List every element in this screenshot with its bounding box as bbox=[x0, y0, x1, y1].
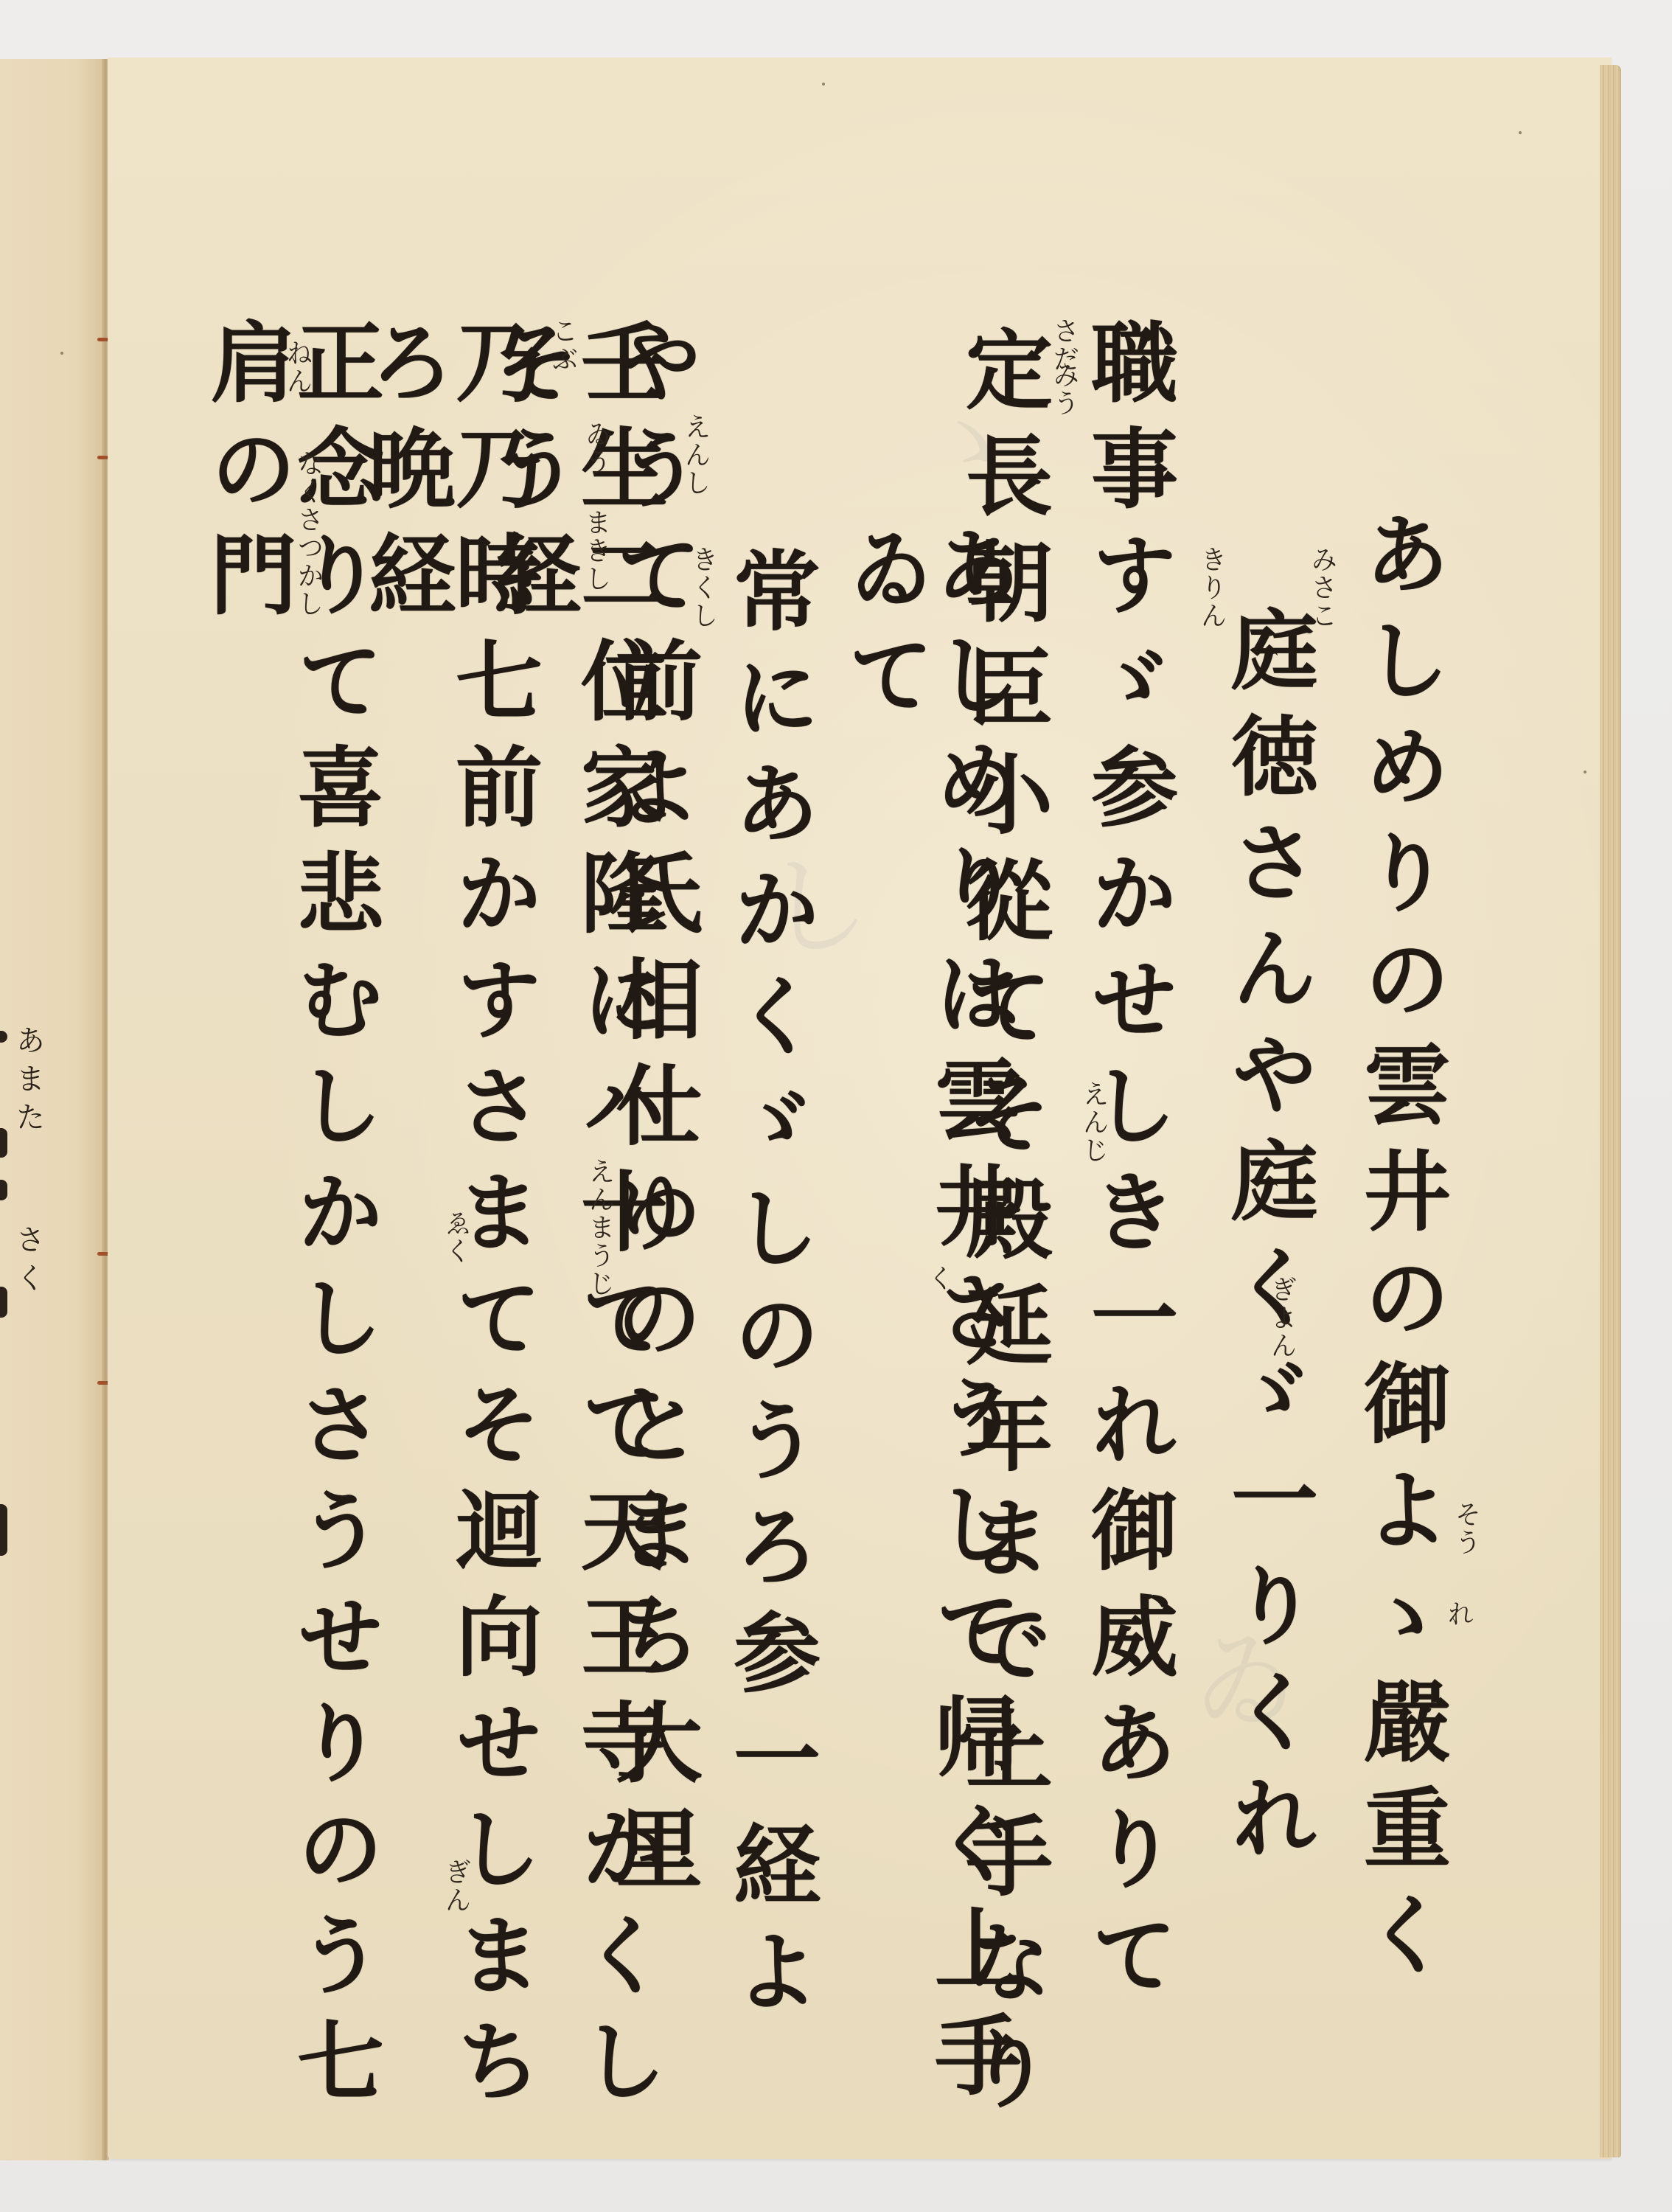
left-page-fragment: さく bbox=[13, 1224, 43, 1301]
left-page-fragment: あまた bbox=[13, 1025, 43, 1140]
left-page-ink-stroke bbox=[0, 1180, 7, 1200]
paper-speck bbox=[1584, 771, 1586, 773]
furigana: まきし bbox=[582, 509, 609, 593]
furigana: ぎよん bbox=[1268, 1276, 1295, 1360]
furigana: ゐう bbox=[582, 420, 609, 476]
furigana: ゑく bbox=[442, 1209, 469, 1265]
furigana: く bbox=[925, 1265, 952, 1293]
furigana: なくさつかし bbox=[295, 450, 321, 618]
furigana: きくし bbox=[689, 546, 716, 630]
left-page-ink-stroke bbox=[0, 1287, 7, 1318]
text-column-2: 庭徳さんや庭くゞ一りくれ bbox=[1224, 605, 1311, 1879]
furigana: みさこ bbox=[1309, 546, 1335, 630]
page-stack-edge bbox=[1600, 65, 1621, 2157]
paper-speck bbox=[822, 83, 825, 86]
furigana: れ bbox=[1445, 1600, 1471, 1628]
furigana: きりん bbox=[1198, 546, 1225, 630]
furigana: ぎん bbox=[442, 1858, 469, 1914]
furigana: ねん bbox=[284, 339, 310, 395]
paper-speck bbox=[60, 352, 63, 355]
furigana: みう bbox=[1051, 361, 1077, 417]
furigana: えんまうじ bbox=[586, 1158, 613, 1298]
furigana: えんじ bbox=[1080, 1080, 1107, 1164]
furigana: そう bbox=[1452, 1500, 1479, 1557]
paper-speck bbox=[1519, 131, 1522, 134]
text-column-1: あしめりの雲井の御よゝ嚴重く bbox=[1356, 509, 1443, 1995]
left-page-ink-stroke bbox=[0, 1128, 7, 1158]
text-column-10: 正念りて喜悲むしかしさうせりのう七肩の門 bbox=[203, 317, 377, 2212]
left-page-ink-stroke bbox=[0, 1504, 7, 1556]
furigana: こぶ bbox=[549, 317, 576, 373]
text-column-6: 常にあかくゞしのうろ参一経よ bbox=[726, 546, 813, 2032]
text-column-3: 職事すゞ参かせしき一れ御威ありて bbox=[1084, 317, 1171, 2016]
text-column-5: あしめりは雲井さうして帰ぐ上手ゐて bbox=[840, 524, 1014, 2212]
furigana: えんし bbox=[682, 413, 708, 497]
